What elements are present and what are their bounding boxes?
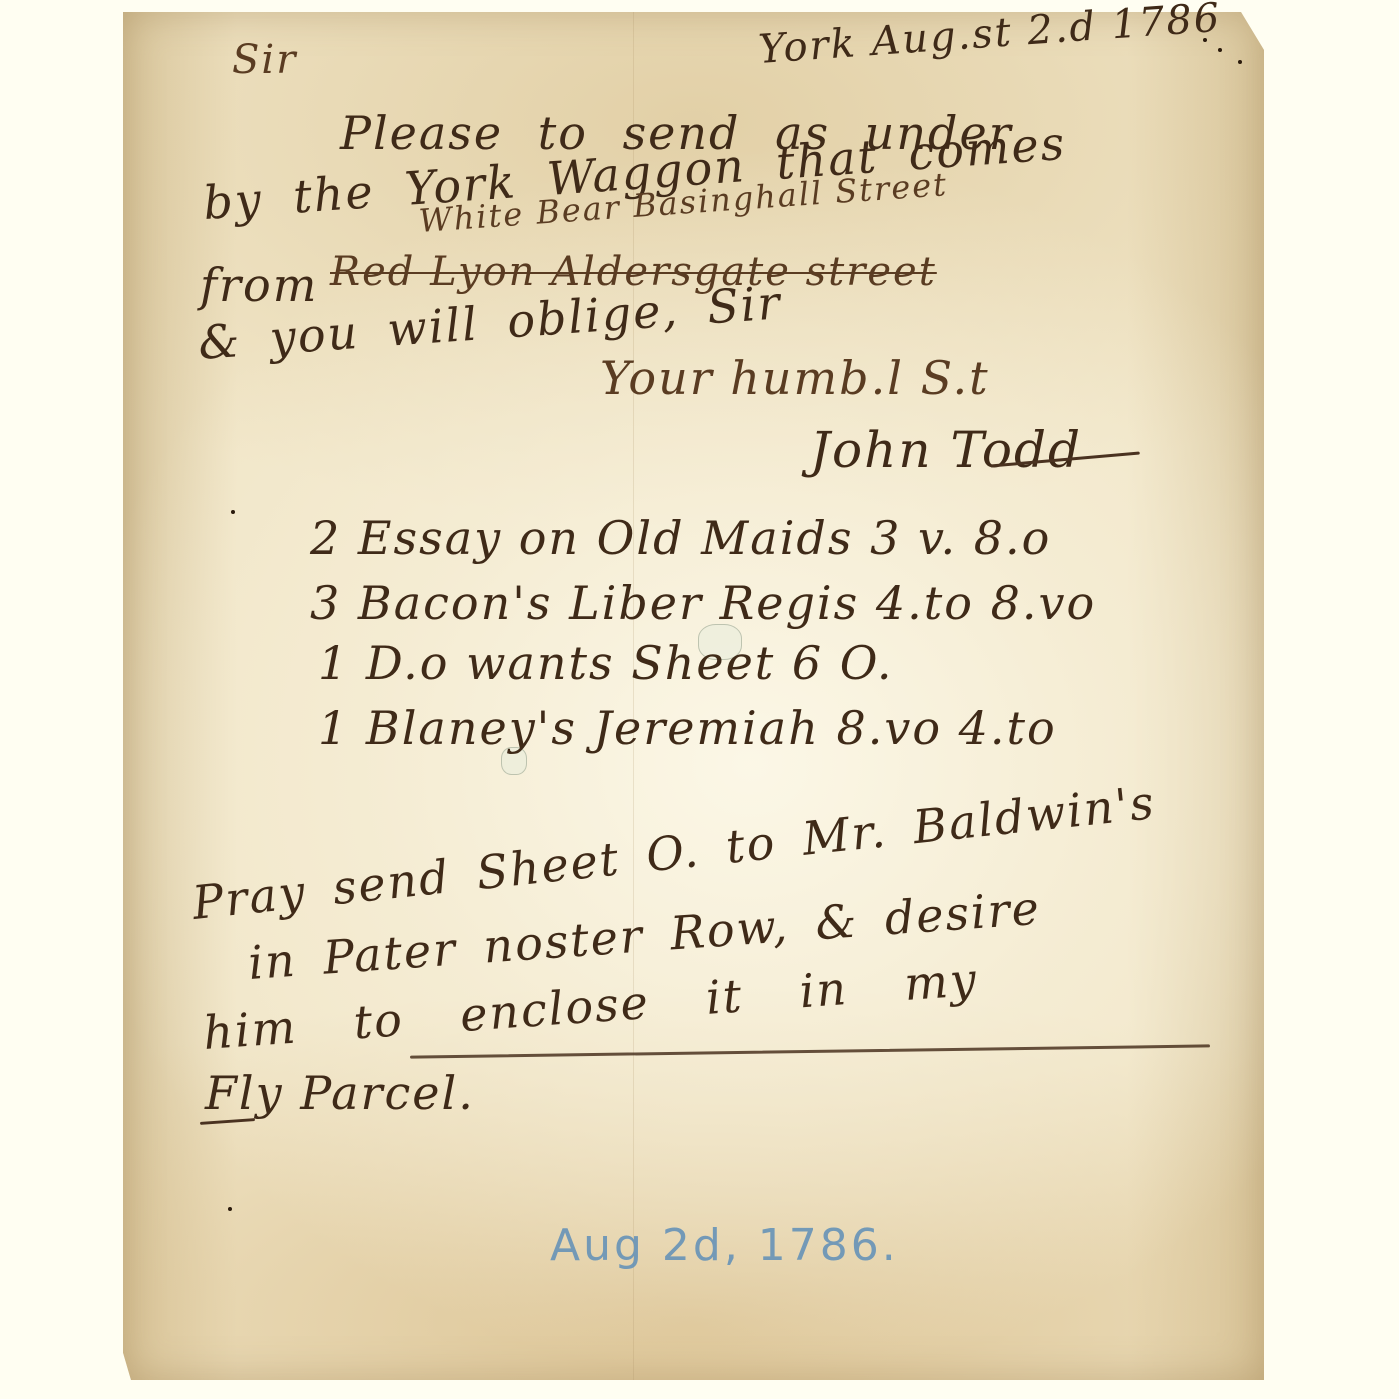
order-qty: 1: [318, 636, 349, 690]
salutation: Sir: [232, 40, 297, 80]
archival-pencil-date: Aug 2d, 1786.: [550, 1220, 899, 1271]
order-title: Essay on Old Maids: [358, 511, 854, 565]
ink-spot: [1218, 48, 1222, 52]
ink-spot: [231, 510, 235, 514]
order-item: 1 D.o wants Sheet 6 O.: [318, 640, 893, 686]
order-format: 3 v. 8.o: [870, 511, 1051, 565]
ink-spot: [1238, 60, 1242, 64]
signature: John Todd: [810, 425, 1082, 475]
order-format: 4.to 8.vo: [876, 576, 1096, 630]
order-title: Bacon's Liber Regis: [358, 576, 859, 630]
ink-spot: [228, 1207, 232, 1211]
postscript-line-4: Fly Parcel.: [205, 1070, 475, 1116]
order-qty: 3: [310, 576, 341, 630]
closing: Your humb.l S.t: [600, 355, 990, 401]
order-title: D.o wants Sheet: [366, 636, 775, 690]
order-item: 1 Blaney's Jeremiah 8.vo 4.to: [318, 705, 1057, 751]
order-item: 3 Bacon's Liber Regis 4.to 8.vo: [310, 580, 1096, 626]
order-item: 2 Essay on Old Maids 3 v. 8.o: [310, 515, 1051, 561]
order-format: 6 O.: [792, 636, 894, 690]
order-title: Blaney's Jeremiah: [366, 701, 820, 755]
scan-background: Sir York Aug.st 2.d 1786 Please to send …: [0, 0, 1399, 1399]
body-line-3-from: from: [200, 262, 318, 308]
order-qty: 2: [310, 511, 341, 565]
order-qty: 1: [318, 701, 349, 755]
order-format: 8.vo 4.to: [836, 701, 1056, 755]
